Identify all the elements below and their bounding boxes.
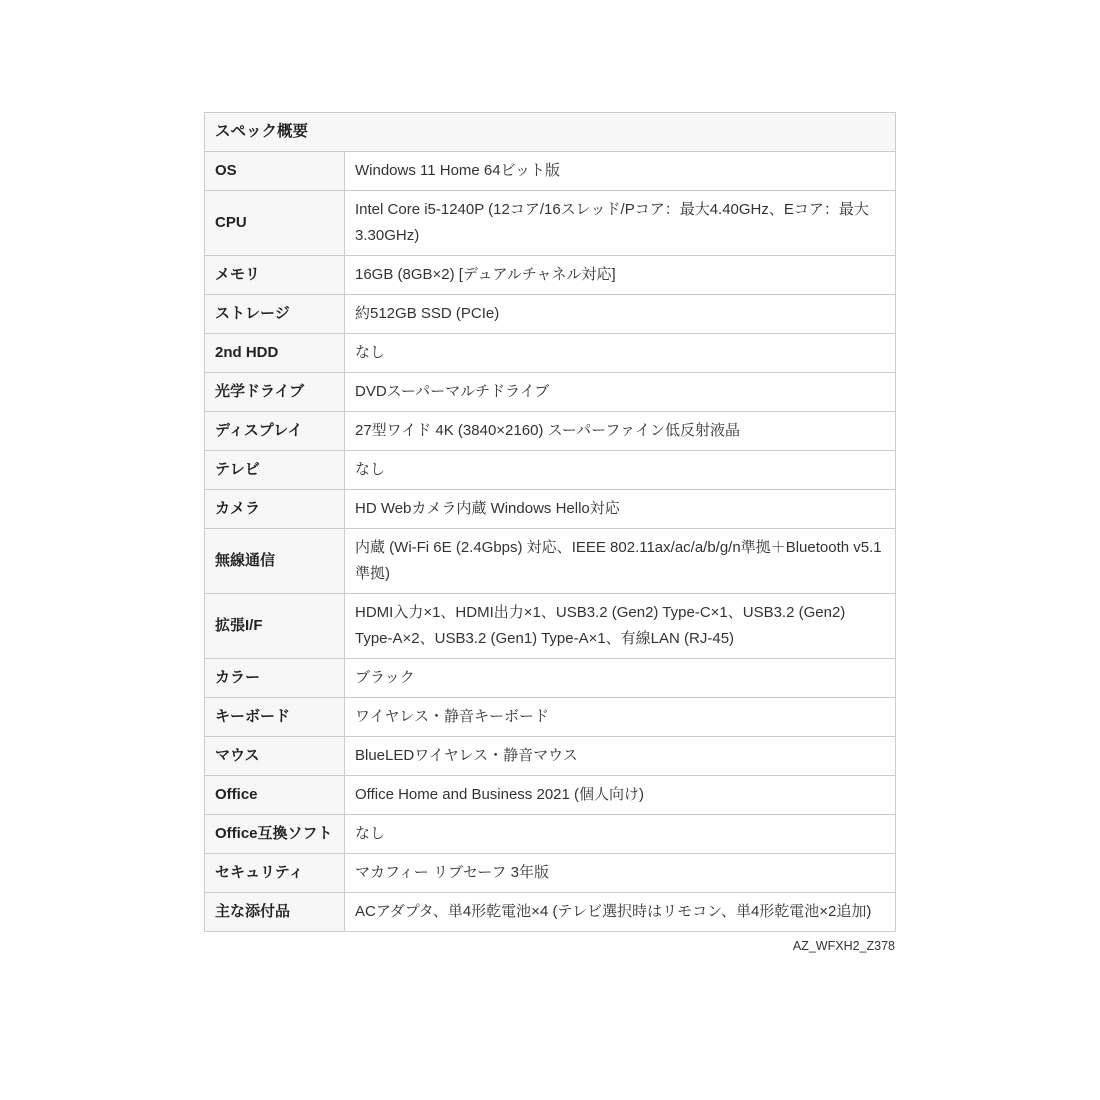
spec-row: 2nd HDD なし xyxy=(205,334,896,373)
spec-value-office: Office Home and Business 2021 (個人向け) xyxy=(345,776,896,815)
spec-row: カラー ブラック xyxy=(205,659,896,698)
spec-table: スペック概要 OS Windows 11 Home 64ビット版 CPU Int… xyxy=(204,112,896,932)
spec-value-os: Windows 11 Home 64ビット版 xyxy=(345,152,896,191)
table-title-row: スペック概要 xyxy=(205,113,896,152)
spec-value-color: ブラック xyxy=(345,659,896,698)
spec-value-wireless: 内蔵 (Wi-Fi 6E (2.4Gbps) 対応、IEEE 802.11ax/… xyxy=(345,529,896,594)
spec-label-mouse: マウス xyxy=(205,737,345,776)
spec-label-office: Office xyxy=(205,776,345,815)
spec-value-mouse: BlueLEDワイヤレス・静音マウス xyxy=(345,737,896,776)
spec-row: カメラ HD Webカメラ内蔵 Windows Hello対応 xyxy=(205,490,896,529)
spec-label-cpu: CPU xyxy=(205,191,345,256)
spec-label-security: セキュリティ xyxy=(205,854,345,893)
spec-label-camera: カメラ xyxy=(205,490,345,529)
spec-table-container: スペック概要 OS Windows 11 Home 64ビット版 CPU Int… xyxy=(204,112,896,953)
spec-label-storage: ストレージ xyxy=(205,295,345,334)
spec-value-security: マカフィー リブセーフ 3年版 xyxy=(345,854,896,893)
model-code: AZ_WFXH2_Z378 xyxy=(204,939,896,953)
spec-label-keyboard: キーボード xyxy=(205,698,345,737)
spec-label-os: OS xyxy=(205,152,345,191)
page: スペック概要 OS Windows 11 Home 64ビット版 CPU Int… xyxy=(0,0,1100,1100)
spec-row: 拡張I/F HDMI入力×1、HDMI出力×1、USB3.2 (Gen2) Ty… xyxy=(205,594,896,659)
spec-value-memory: 16GB (8GB×2) [デュアルチャネル対応] xyxy=(345,256,896,295)
spec-value-storage: 約512GB SSD (PCIe) xyxy=(345,295,896,334)
spec-label-wireless: 無線通信 xyxy=(205,529,345,594)
spec-value-cpu: Intel Core i5-1240P (12コア/16スレッド/Pコア：最大4… xyxy=(345,191,896,256)
spec-row: キーボード ワイヤレス・静音キーボード xyxy=(205,698,896,737)
spec-row: セキュリティ マカフィー リブセーフ 3年版 xyxy=(205,854,896,893)
spec-value-expansion-if: HDMI入力×1、HDMI出力×1、USB3.2 (Gen2) Type-C×1… xyxy=(345,594,896,659)
table-title: スペック概要 xyxy=(205,113,896,152)
spec-label-2nd-hdd: 2nd HDD xyxy=(205,334,345,373)
spec-value-office-compatible: なし xyxy=(345,815,896,854)
spec-label-memory: メモリ xyxy=(205,256,345,295)
spec-row: ストレージ 約512GB SSD (PCIe) xyxy=(205,295,896,334)
spec-label-expansion-if: 拡張I/F xyxy=(205,594,345,659)
spec-row: テレビ なし xyxy=(205,451,896,490)
spec-value-tv: なし xyxy=(345,451,896,490)
spec-row: CPU Intel Core i5-1240P (12コア/16スレッド/Pコア… xyxy=(205,191,896,256)
spec-row: Office互換ソフト なし xyxy=(205,815,896,854)
spec-label-office-compatible: Office互換ソフト xyxy=(205,815,345,854)
spec-label-tv: テレビ xyxy=(205,451,345,490)
spec-value-camera: HD Webカメラ内蔵 Windows Hello対応 xyxy=(345,490,896,529)
spec-label-color: カラー xyxy=(205,659,345,698)
spec-row: OS Windows 11 Home 64ビット版 xyxy=(205,152,896,191)
spec-value-accessories: ACアダプタ、単4形乾電池×4 (テレビ選択時はリモコン、単4形乾電池×2追加) xyxy=(345,893,896,932)
spec-row: 光学ドライブ DVDスーパーマルチドライブ xyxy=(205,373,896,412)
spec-value-display: 27型ワイド 4K (3840×2160) スーパーファイン低反射液晶 xyxy=(345,412,896,451)
spec-label-display: ディスプレイ xyxy=(205,412,345,451)
spec-row: メモリ 16GB (8GB×2) [デュアルチャネル対応] xyxy=(205,256,896,295)
spec-value-2nd-hdd: なし xyxy=(345,334,896,373)
spec-label-accessories: 主な添付品 xyxy=(205,893,345,932)
spec-row: ディスプレイ 27型ワイド 4K (3840×2160) スーパーファイン低反射… xyxy=(205,412,896,451)
spec-row: マウス BlueLEDワイヤレス・静音マウス xyxy=(205,737,896,776)
spec-row: 主な添付品 ACアダプタ、単4形乾電池×4 (テレビ選択時はリモコン、単4形乾電… xyxy=(205,893,896,932)
spec-label-optical-drive: 光学ドライブ xyxy=(205,373,345,412)
spec-value-keyboard: ワイヤレス・静音キーボード xyxy=(345,698,896,737)
spec-row: 無線通信 内蔵 (Wi-Fi 6E (2.4Gbps) 対応、IEEE 802.… xyxy=(205,529,896,594)
spec-row: Office Office Home and Business 2021 (個人… xyxy=(205,776,896,815)
spec-value-optical-drive: DVDスーパーマルチドライブ xyxy=(345,373,896,412)
